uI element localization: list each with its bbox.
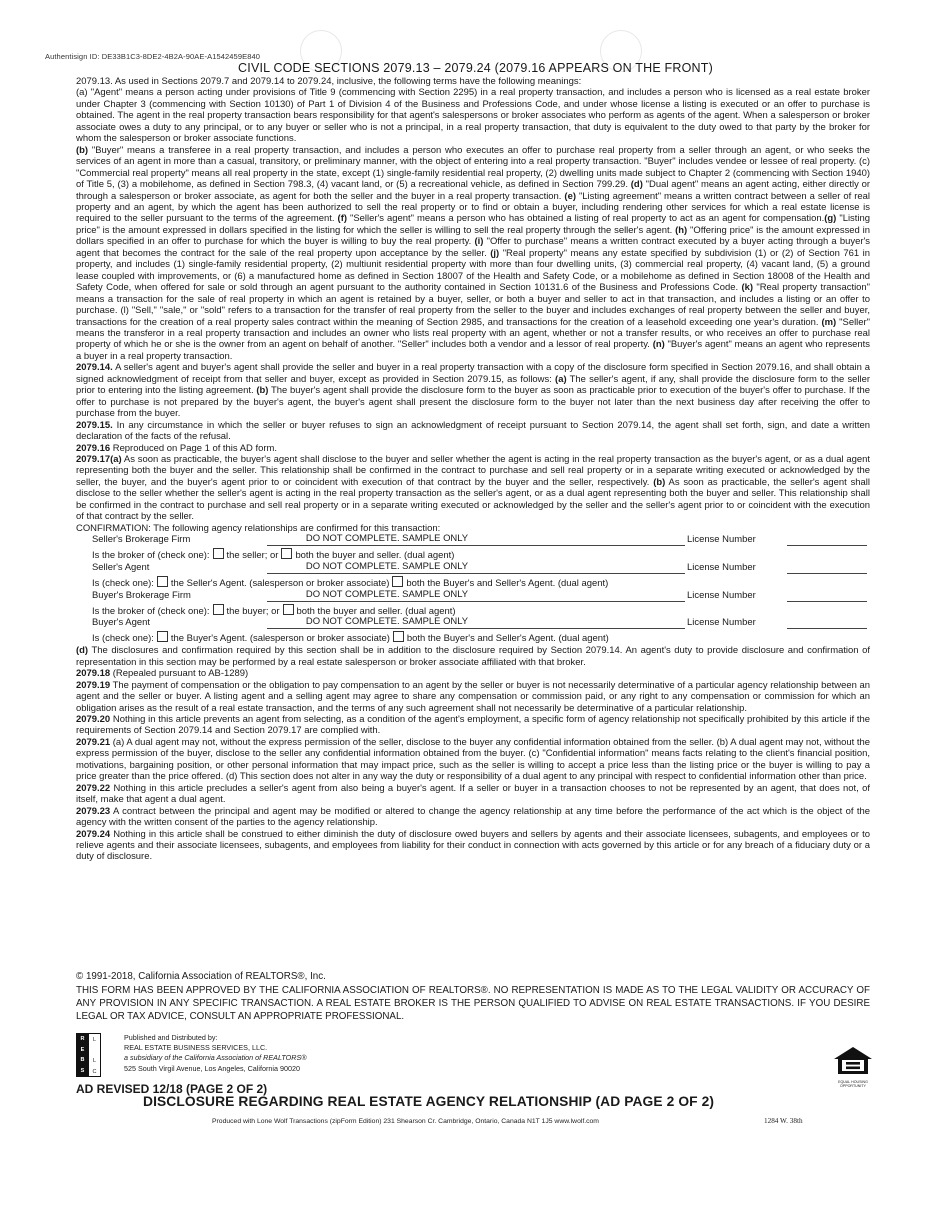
buyer-agent-row: Buyer's Agent DO NOT COMPLETE. SAMPLE ON… — [76, 617, 870, 631]
disclaimer: THIS FORM HAS BEEN APPROVED BY THE CALIF… — [76, 984, 870, 1023]
seller-firm-check-row: Is the broker of (check one):the seller;… — [76, 548, 870, 562]
seller-firm-license-field[interactable] — [787, 534, 867, 546]
buyer-firm-dual-checkbox[interactable] — [283, 604, 294, 615]
section-2079-15: 2079.15. In any circumstance in which th… — [76, 420, 870, 443]
seller-agent-license-label: License Number — [687, 562, 756, 573]
equal-housing-icon — [832, 1045, 874, 1075]
section-2079-20: 2079.20 Nothing in this article prevents… — [76, 714, 870, 737]
seller-firm-license-label: License Number — [687, 534, 756, 545]
section-2079-13-a: (a) "Agent" means a person acting under … — [76, 87, 870, 144]
seller-agent-row: Seller's Agent DO NOT COMPLETE. SAMPLE O… — [76, 562, 870, 576]
rebs-logo-icon: REBS L LC — [76, 1033, 102, 1077]
section-2079-13-b-n: (b) "Buyer" means a transferee in a real… — [76, 145, 870, 363]
section-2079-22: 2079.22 Nothing in this article preclude… — [76, 783, 870, 806]
copyright: © 1991-2018, California Association of R… — [76, 971, 326, 982]
page-title: CIVIL CODE SECTIONS 2079.13 – 2079.24 (2… — [0, 61, 933, 75]
buyer-firm-field[interactable]: DO NOT COMPLETE. SAMPLE ONLY — [267, 590, 685, 602]
seller-agent-license-field[interactable] — [787, 562, 867, 574]
seller-agent-field[interactable]: DO NOT COMPLETE. SAMPLE ONLY — [267, 562, 685, 574]
property-address: 1284 W. 38th — [764, 1117, 803, 1125]
section-2079-23: 2079.23 A contract between the principal… — [76, 806, 870, 829]
publisher-line-1: Published and Distributed by: — [124, 1033, 307, 1043]
authentisign-id: Authentisign ID: DE33B1C3-8DE2-4B2A-90AE… — [45, 52, 260, 61]
buyer-agent-dual-checkbox[interactable] — [393, 631, 404, 642]
buyer-firm-buyer-checkbox[interactable] — [213, 604, 224, 615]
buyer-agent-check-row: Is (check one):the Buyer's Agent. (sales… — [76, 631, 870, 645]
buyer-firm-license-label: License Number — [687, 590, 756, 601]
document-body: 2079.13. As used in Sections 2079.7 and … — [76, 76, 870, 863]
seller-firm-field[interactable]: DO NOT COMPLETE. SAMPLE ONLY — [267, 534, 685, 546]
publisher-line-3: a subsidiary of the California Associati… — [124, 1053, 307, 1063]
section-2079-17: 2079.17(a) As soon as practicable, the b… — [76, 454, 870, 523]
section-2079-14: 2079.14. A seller's agent and buyer's ag… — [76, 362, 870, 419]
produced-with: Produced with Lone Wolf Transactions (zi… — [212, 1118, 599, 1125]
buyer-firm-license-field[interactable] — [787, 590, 867, 602]
buyer-agent-buyer-checkbox[interactable] — [157, 631, 168, 642]
equal-housing-logo: EQUAL HOUSING OPPORTUNITY — [832, 1045, 874, 1088]
section-2079-18: 2079.18 (Repealed pursuant to AB-1289) — [76, 668, 870, 679]
publisher-line-2: REAL ESTATE BUSINESS SERVICES, LLC. — [124, 1043, 307, 1053]
seller-firm-label: Seller's Brokerage Firm — [76, 534, 190, 545]
seller-agent-label: Seller's Agent — [76, 562, 149, 573]
form-title: DISCLOSURE REGARDING REAL ESTATE AGENCY … — [143, 1094, 714, 1109]
section-2079-16: 2079.16 Reproduced on Page 1 of this AD … — [76, 443, 870, 454]
buyer-agent-field[interactable]: DO NOT COMPLETE. SAMPLE ONLY — [267, 617, 685, 629]
seller-agent-dual-checkbox[interactable] — [392, 576, 403, 587]
section-2079-21: 2079.21 (a) A dual agent may not, withou… — [76, 737, 870, 783]
buyer-firm-row: Buyer's Brokerage Firm DO NOT COMPLETE. … — [76, 590, 870, 604]
section-2079-24: 2079.24 Nothing in this article shall be… — [76, 829, 870, 863]
section-2079-13-intro: 2079.13. As used in Sections 2079.7 and … — [76, 76, 870, 87]
buyer-agent-license-field[interactable] — [787, 617, 867, 629]
seller-firm-dual-checkbox[interactable] — [281, 548, 292, 559]
seller-firm-seller-checkbox[interactable] — [213, 548, 224, 559]
buyer-firm-label: Buyer's Brokerage Firm — [76, 590, 191, 601]
seller-agent-check-row: Is (check one):the Seller's Agent. (sale… — [76, 576, 870, 590]
seller-firm-row: Seller's Brokerage Firm DO NOT COMPLETE.… — [76, 534, 870, 548]
publisher-line-4: 525 South Virgil Avenue, Los Angeles, Ca… — [124, 1064, 307, 1074]
section-2079-17-d: (d) The disclosures and confirmation req… — [76, 645, 870, 668]
seller-agent-seller-checkbox[interactable] — [157, 576, 168, 587]
confirmation-block: Seller's Brokerage Firm DO NOT COMPLETE.… — [76, 534, 870, 645]
buyer-agent-license-label: License Number — [687, 617, 756, 628]
buyer-agent-label: Buyer's Agent — [76, 617, 150, 628]
buyer-firm-check-row: Is the broker of (check one):the buyer; … — [76, 604, 870, 618]
section-2079-19: 2079.19 The payment of compensation or t… — [76, 680, 870, 714]
